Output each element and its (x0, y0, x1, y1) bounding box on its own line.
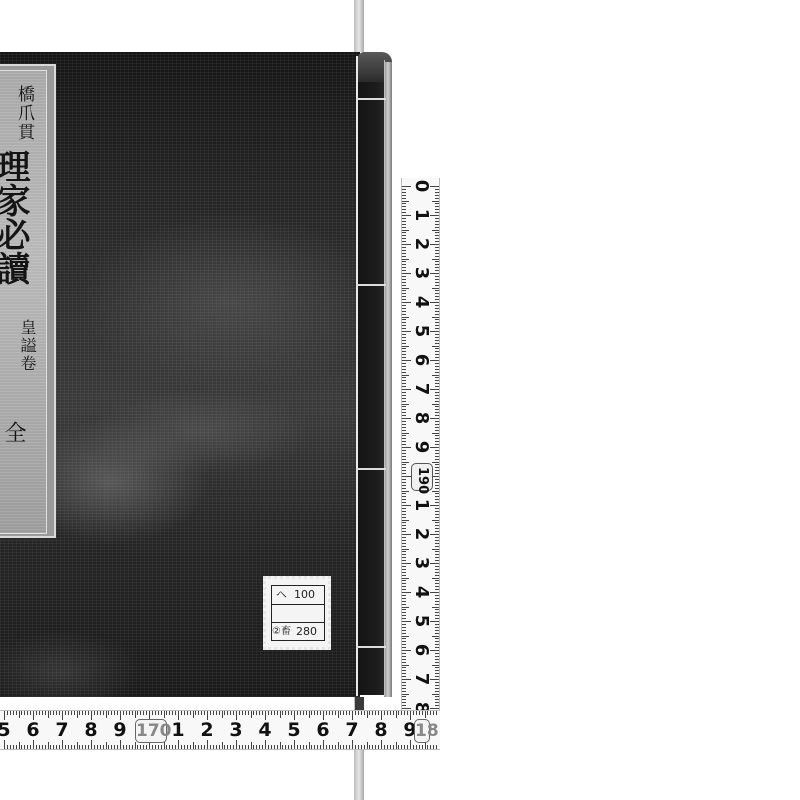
ruler-tick (401, 745, 402, 749)
ruler-tick (435, 372, 439, 373)
ruler-tick (219, 745, 220, 749)
ruler-tick (402, 554, 406, 555)
ruler-boxed-label: 170 (135, 719, 167, 743)
ruler-tick (402, 282, 406, 283)
ruler-tick (435, 691, 439, 692)
ruler-tick (402, 343, 406, 344)
ruler-tick (42, 711, 43, 715)
ruler-tick (435, 638, 439, 639)
ruler-tick (402, 412, 406, 413)
stitch-1 (356, 98, 386, 100)
ruler-tick (242, 745, 243, 749)
ruler-tick (71, 745, 72, 749)
ruler-tick (248, 745, 249, 749)
ruler-tick (13, 745, 14, 749)
ruler-tick (123, 745, 124, 749)
ruler-tick (4, 740, 5, 749)
ruler-tick (143, 745, 144, 749)
ruler-tick (236, 740, 237, 749)
ruler-tick (432, 462, 439, 463)
ruler-tick (306, 711, 307, 715)
ruler-tick (435, 328, 439, 329)
ruler-tick (435, 343, 439, 344)
ruler-tick (402, 288, 409, 289)
ruler-tick (369, 745, 370, 749)
ruler-tick (402, 583, 406, 584)
ruler-tick (435, 682, 439, 683)
ruler-tick (402, 264, 406, 265)
ruler-tick (435, 560, 439, 561)
title-subtitle: 橋爪貫 (12, 85, 37, 142)
ruler-tick (381, 740, 382, 749)
ruler-tick (402, 601, 406, 602)
ruler-tick (222, 742, 223, 749)
ruler-tick (375, 711, 376, 715)
ruler-tick (178, 740, 179, 749)
ruler-tick (230, 711, 231, 715)
ruler-tick (402, 467, 406, 468)
ruler-tick (280, 711, 281, 718)
ruler-tick (364, 745, 365, 749)
ruler-tick (402, 360, 411, 361)
ruler-label: 4 (255, 720, 275, 740)
ruler-tick (166, 711, 167, 715)
ruler-tick (300, 711, 301, 715)
ruler-tick (402, 586, 406, 587)
ruler-tick (193, 742, 194, 749)
ruler-tick (402, 491, 409, 492)
ruler-tick (402, 322, 406, 323)
ruler-tick (181, 711, 182, 715)
ruler-tick (407, 711, 408, 715)
ruler-tick (435, 615, 439, 616)
ruler-tick (175, 745, 176, 749)
ruler-tick (402, 636, 409, 637)
ruler-tick (402, 560, 406, 561)
ruler-tick (402, 438, 406, 439)
ruler-tick (114, 711, 115, 715)
ruler-label: 6 (411, 640, 431, 660)
ruler-tick (152, 745, 153, 749)
ruler-tick (259, 745, 260, 749)
ruler-tick (402, 398, 406, 399)
ruler-tick (402, 505, 411, 506)
ruler-tick (435, 496, 439, 497)
ruler-tick (435, 438, 439, 439)
ruler-tick (402, 598, 406, 599)
ruler-tick (39, 711, 40, 715)
ruler-tick (24, 745, 25, 749)
ruler-tick (435, 612, 439, 613)
ruler-tick (53, 711, 54, 715)
ruler-tick (402, 296, 406, 297)
label-number: 100 (294, 586, 315, 604)
ruler-tick (314, 711, 315, 715)
ruler-tick (402, 404, 409, 405)
ruler-tick (402, 694, 409, 695)
label-mark: ヘ (276, 586, 287, 604)
ruler-tick (402, 308, 406, 309)
ruler-tick (402, 464, 406, 465)
ruler-tick (402, 244, 411, 245)
ruler-tick (36, 711, 37, 715)
ruler-tick (402, 201, 409, 202)
ruler-tick (432, 607, 439, 608)
ruler-tick (164, 711, 165, 718)
ruler-tick (435, 198, 439, 199)
ruler-tick (435, 485, 439, 486)
label-row-1: ヘ 100 (272, 586, 324, 604)
ruler-tick (251, 742, 252, 749)
ruler-tick (402, 299, 406, 300)
ruler-tick (435, 662, 439, 663)
ruler-label: 3 (226, 720, 246, 740)
title-label-inner: 橋爪貫 理家必讀 皇謚卷 全 (0, 70, 47, 534)
ruler-tick (402, 676, 406, 677)
ruler-tick (62, 740, 63, 749)
ruler-tick (227, 711, 228, 715)
ruler-tick (59, 711, 60, 715)
ruler-label: 2 (411, 234, 431, 254)
ruler-tick (416, 745, 417, 749)
ruler-tick (435, 406, 439, 407)
ruler-tick (311, 745, 312, 749)
ruler-tick (24, 711, 25, 715)
ruler-tick (402, 424, 406, 425)
ruler-tick (435, 380, 439, 381)
ruler-tick (402, 192, 406, 193)
ruler-tick (378, 711, 379, 715)
ruler-tick (432, 549, 439, 550)
ruler-tick (402, 618, 406, 619)
ruler-label: 5 (411, 611, 431, 631)
ruler-tick (435, 290, 439, 291)
ruler-tick (396, 711, 397, 718)
title-volume: 皇謚卷 (16, 319, 39, 373)
ruler-tick (435, 363, 439, 364)
ruler-tick (213, 745, 214, 749)
ruler-tick (361, 745, 362, 749)
ruler-tick (30, 745, 31, 749)
ruler-tick (402, 328, 406, 329)
ruler-tick (349, 745, 350, 749)
ruler-tick (117, 711, 118, 715)
ruler-tick (88, 711, 89, 715)
ruler-tick (190, 711, 191, 715)
ruler-tick (306, 745, 307, 749)
ruler-tick (435, 546, 439, 547)
ruler-tick (402, 549, 409, 550)
ruler-tick (402, 699, 406, 700)
ruler-tick (77, 742, 78, 749)
ruler-tick (402, 421, 406, 422)
ruler-tick (21, 745, 22, 749)
ruler-tick (432, 201, 439, 202)
ruler-tick (435, 383, 439, 384)
ruler-tick (335, 711, 336, 715)
library-label-grid: ヘ 100 ②畜 280 (271, 585, 325, 641)
ruler-tick (402, 383, 406, 384)
ruler-tick (103, 745, 104, 749)
ruler-tick (435, 601, 439, 602)
ruler-tick (402, 337, 406, 338)
ruler-tick (435, 670, 439, 671)
ruler-tick (53, 745, 54, 749)
ruler-tick (181, 745, 182, 749)
ruler-tick (433, 745, 434, 749)
ruler-tick (332, 745, 333, 749)
ruler-tick (432, 433, 439, 434)
ruler-tick (340, 711, 341, 715)
ruler-tick (435, 453, 439, 454)
ruler-tick (402, 641, 406, 642)
ruler-tick (402, 459, 406, 460)
ruler-tick (256, 745, 257, 749)
ruler-tick (435, 441, 439, 442)
ruler-tick (402, 595, 406, 596)
ruler-tick (435, 702, 439, 703)
binding-thread-left (356, 56, 358, 696)
ruler-tick (432, 259, 439, 260)
ruler-tick (402, 290, 406, 291)
ruler-tick (402, 659, 406, 660)
ruler-tick (291, 711, 292, 715)
ruler-tick (435, 392, 439, 393)
ruler-tick (402, 331, 411, 332)
ruler-tick (195, 745, 196, 749)
ruler-tick (297, 745, 298, 749)
ruler-tick (303, 745, 304, 749)
ruler-tick (435, 366, 439, 367)
ruler-tick (435, 624, 439, 625)
ruler-tick (435, 224, 439, 225)
ruler-tick (355, 745, 356, 749)
ruler-tick (402, 624, 406, 625)
horizontal-ruler: 5678917012345678918 (0, 710, 440, 750)
ruler-tick (413, 711, 414, 715)
ruler-tick (230, 745, 231, 749)
ruler-tick (432, 520, 439, 521)
ruler-tick (435, 261, 439, 262)
ruler-tick (402, 462, 409, 463)
ruler-tick (435, 543, 439, 544)
ruler-tick (233, 745, 234, 749)
ruler-boxed-label: 18 (414, 719, 430, 743)
ruler-tick (402, 604, 406, 605)
ruler-tick (317, 711, 318, 715)
ruler-tick (402, 508, 406, 509)
ruler-tick (30, 711, 31, 715)
ruler-tick (435, 647, 439, 648)
ruler-tick (390, 711, 391, 715)
ruler-tick (224, 711, 225, 715)
label-mark: ②畜 (272, 623, 291, 641)
ruler-tick (402, 369, 406, 370)
ruler-tick (404, 711, 405, 715)
ruler-tick (402, 221, 406, 222)
ruler-tick (413, 745, 414, 749)
ruler-tick (71, 711, 72, 715)
ruler-tick (402, 389, 411, 390)
ruler-tick (401, 711, 402, 715)
ruler-tick (435, 464, 439, 465)
ruler-tick (402, 528, 406, 529)
ruler-tick (361, 711, 362, 715)
ruler-label: 8 (81, 720, 101, 740)
ruler-tick (419, 745, 420, 749)
ruler-tick (435, 348, 439, 349)
ruler-tick (132, 745, 133, 749)
ruler-tick (320, 711, 321, 715)
ruler-tick (427, 745, 428, 749)
ruler-tick (402, 551, 406, 552)
ruler-tick (402, 627, 406, 628)
ruler-tick (435, 351, 439, 352)
ruler-tick (427, 711, 428, 715)
ruler-tick (268, 711, 269, 715)
ruler-tick (349, 711, 350, 715)
ruler-tick (137, 711, 138, 715)
ruler-tick (402, 253, 406, 254)
ruler-tick (404, 745, 405, 749)
ruler-tick (274, 711, 275, 715)
stitch-3 (356, 468, 386, 470)
ruler-tick (393, 711, 394, 715)
ruler-tick (271, 711, 272, 715)
ruler-tick (198, 711, 199, 715)
ruler-tick (282, 745, 283, 749)
ruler-label: 5 (0, 720, 14, 740)
ruler-tick (155, 745, 156, 749)
ruler-tick (402, 607, 409, 608)
ruler-tick (402, 633, 406, 634)
ruler-tick (402, 340, 406, 341)
ruler-tick (435, 604, 439, 605)
ruler-tick (435, 270, 439, 271)
stitch-2 (356, 284, 386, 286)
ruler-tick (432, 636, 439, 637)
ruler-tick (82, 711, 83, 715)
ruler-tick (435, 575, 439, 576)
ruler-tick (402, 261, 406, 262)
ruler-tick (435, 325, 439, 326)
ruler-tick (432, 578, 439, 579)
ruler-tick (402, 688, 406, 689)
ruler-tick (402, 662, 406, 663)
ruler-tick (402, 670, 406, 671)
ruler-tick (435, 276, 439, 277)
ruler-tick (435, 659, 439, 660)
ruler-tick (68, 711, 69, 715)
ruler-tick (435, 459, 439, 460)
ruler-tick (233, 711, 234, 715)
ruler-tick (88, 745, 89, 749)
ruler-label: 2 (197, 720, 217, 740)
ruler-tick (402, 273, 411, 274)
ruler-tick (239, 745, 240, 749)
ruler-tick (152, 711, 153, 715)
ruler-tick (402, 441, 406, 442)
ruler-tick (135, 711, 136, 718)
ruler-tick (402, 485, 406, 486)
ruler-label: 7 (411, 379, 431, 399)
ruler-tick (19, 742, 20, 749)
ruler-tick (248, 711, 249, 715)
ruler-tick (435, 479, 439, 480)
label-row-3: ②畜 280 (272, 622, 324, 641)
ruler-tick (108, 745, 109, 749)
ruler-tick (172, 745, 173, 749)
ruler-tick (132, 711, 133, 715)
ruler-tick (402, 705, 406, 706)
ruler-tick (242, 711, 243, 715)
ruler-tick (435, 644, 439, 645)
ruler-tick (435, 598, 439, 599)
ruler-tick (187, 711, 188, 715)
ruler-tick (16, 711, 17, 715)
ruler-tick (65, 711, 66, 715)
ruler-tick (402, 540, 406, 541)
ruler-tick (402, 357, 406, 358)
ruler-label: 7 (411, 669, 431, 689)
ruler-tick (422, 745, 423, 749)
ruler-tick (402, 569, 406, 570)
ruler-tick (265, 740, 266, 749)
ruler-tick (435, 537, 439, 538)
ruler-tick (435, 282, 439, 283)
ruler-tick (402, 702, 406, 703)
ruler-tick (402, 212, 406, 213)
ruler-label: 6 (313, 720, 333, 740)
ruler-boxed-label: 190 (411, 463, 433, 491)
ruler-tick (402, 305, 406, 306)
ruler-tick (82, 745, 83, 749)
ruler-tick (262, 745, 263, 749)
ruler-tick (435, 517, 439, 518)
ruler-tick (184, 745, 185, 749)
ruler-tick (435, 580, 439, 581)
ruler-tick (282, 711, 283, 715)
ruler-tick (402, 502, 406, 503)
ruler-tick (402, 667, 406, 668)
ruler-tick (161, 711, 162, 715)
ruler-tick (300, 745, 301, 749)
ruler-tick (402, 418, 411, 419)
ruler-tick (435, 656, 439, 657)
ruler-tick (326, 711, 327, 715)
ruler-tick (19, 711, 20, 718)
ruler-tick (435, 305, 439, 306)
ruler-tick (210, 711, 211, 715)
ruler-tick (343, 711, 344, 715)
ruler-tick (435, 386, 439, 387)
ruler-tick (435, 609, 439, 610)
ruler-tick (402, 589, 406, 590)
ruler-tick (402, 256, 406, 257)
ruler-tick (402, 395, 406, 396)
ruler-tick (435, 401, 439, 402)
ruler-tick (402, 456, 406, 457)
ruler-tick (285, 745, 286, 749)
ruler-tick (435, 676, 439, 677)
ruler-tick (329, 745, 330, 749)
ruler-tick (402, 682, 406, 683)
ruler-tick (207, 740, 208, 749)
ruler-tick (435, 508, 439, 509)
ruler-tick (435, 256, 439, 257)
ruler-tick (335, 745, 336, 749)
ruler-tick (402, 522, 406, 523)
